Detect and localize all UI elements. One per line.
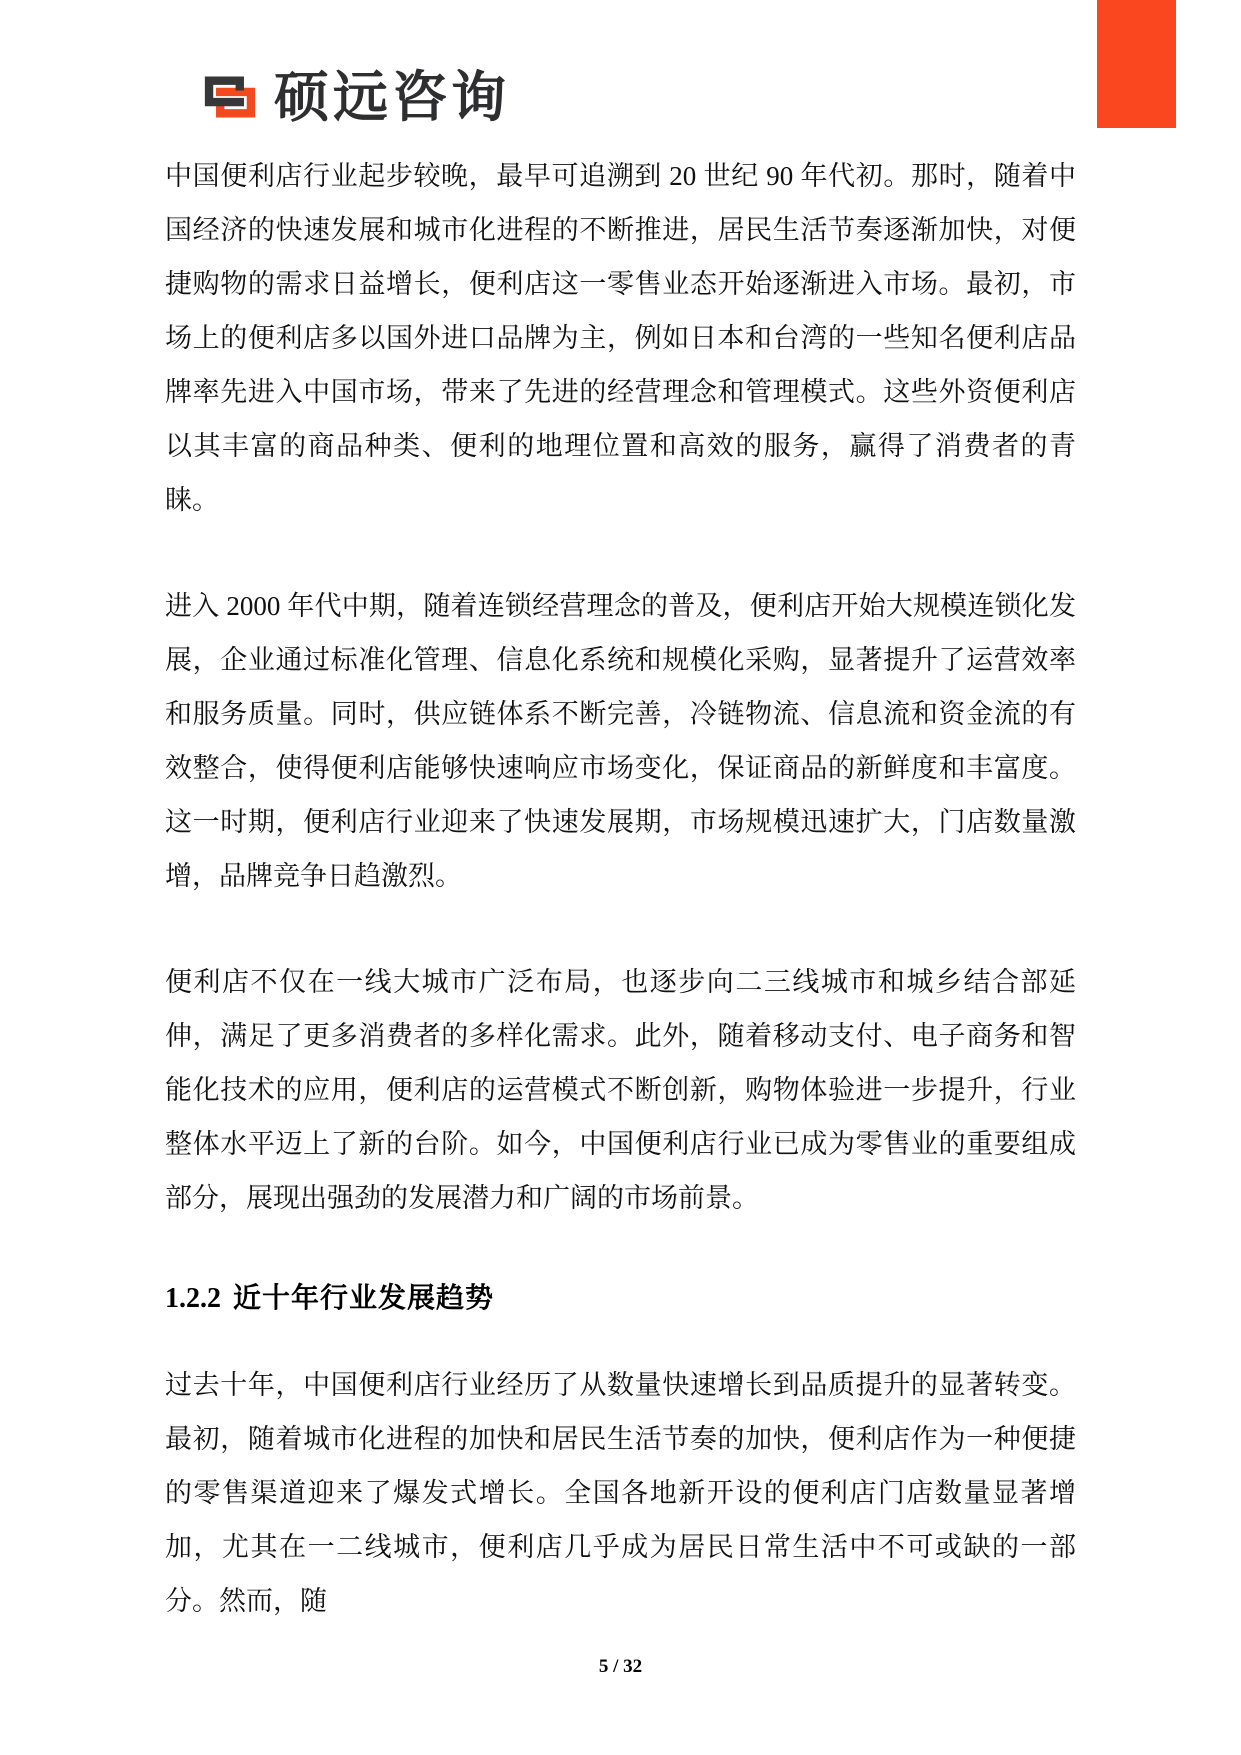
page-corner-accent-bar	[1097, 0, 1176, 128]
document-body: 中国便利店行业起步较晚，最早可追溯到 20 世纪 90 年代初。那时，随着中国经…	[165, 149, 1076, 1628]
page-number: 5 / 32	[0, 1656, 1241, 1678]
section-heading-title: 近十年行业发展趋势	[233, 1282, 494, 1313]
paragraph-industry-origin: 中国便利店行业起步较晚，最早可追溯到 20 世纪 90 年代初。那时，随着中国经…	[165, 149, 1076, 527]
logo: 硕远咨询	[203, 68, 510, 126]
shuoyuan-interlocked-brackets-icon	[203, 68, 257, 126]
section-heading-number: 1.2.2	[165, 1283, 221, 1314]
section-heading: 1.2.2近十年行业发展趋势	[165, 1277, 1076, 1320]
paragraph-market-outlook: 便利店不仅在一线大城市广泛布局，也逐步向二三线城市和城乡结合部延伸，满足了更多消…	[165, 955, 1076, 1225]
logo-text: 硕远咨询	[274, 70, 510, 125]
paragraph-decade-trends: 过去十年，中国便利店行业经历了从数量快速增长到品质提升的显著转变。最初，随着城市…	[165, 1358, 1076, 1628]
paragraph-chain-expansion: 进入 2000 年代中期，随着连锁经营理念的普及，便利店开始大规模连锁化发展，企…	[165, 579, 1076, 903]
